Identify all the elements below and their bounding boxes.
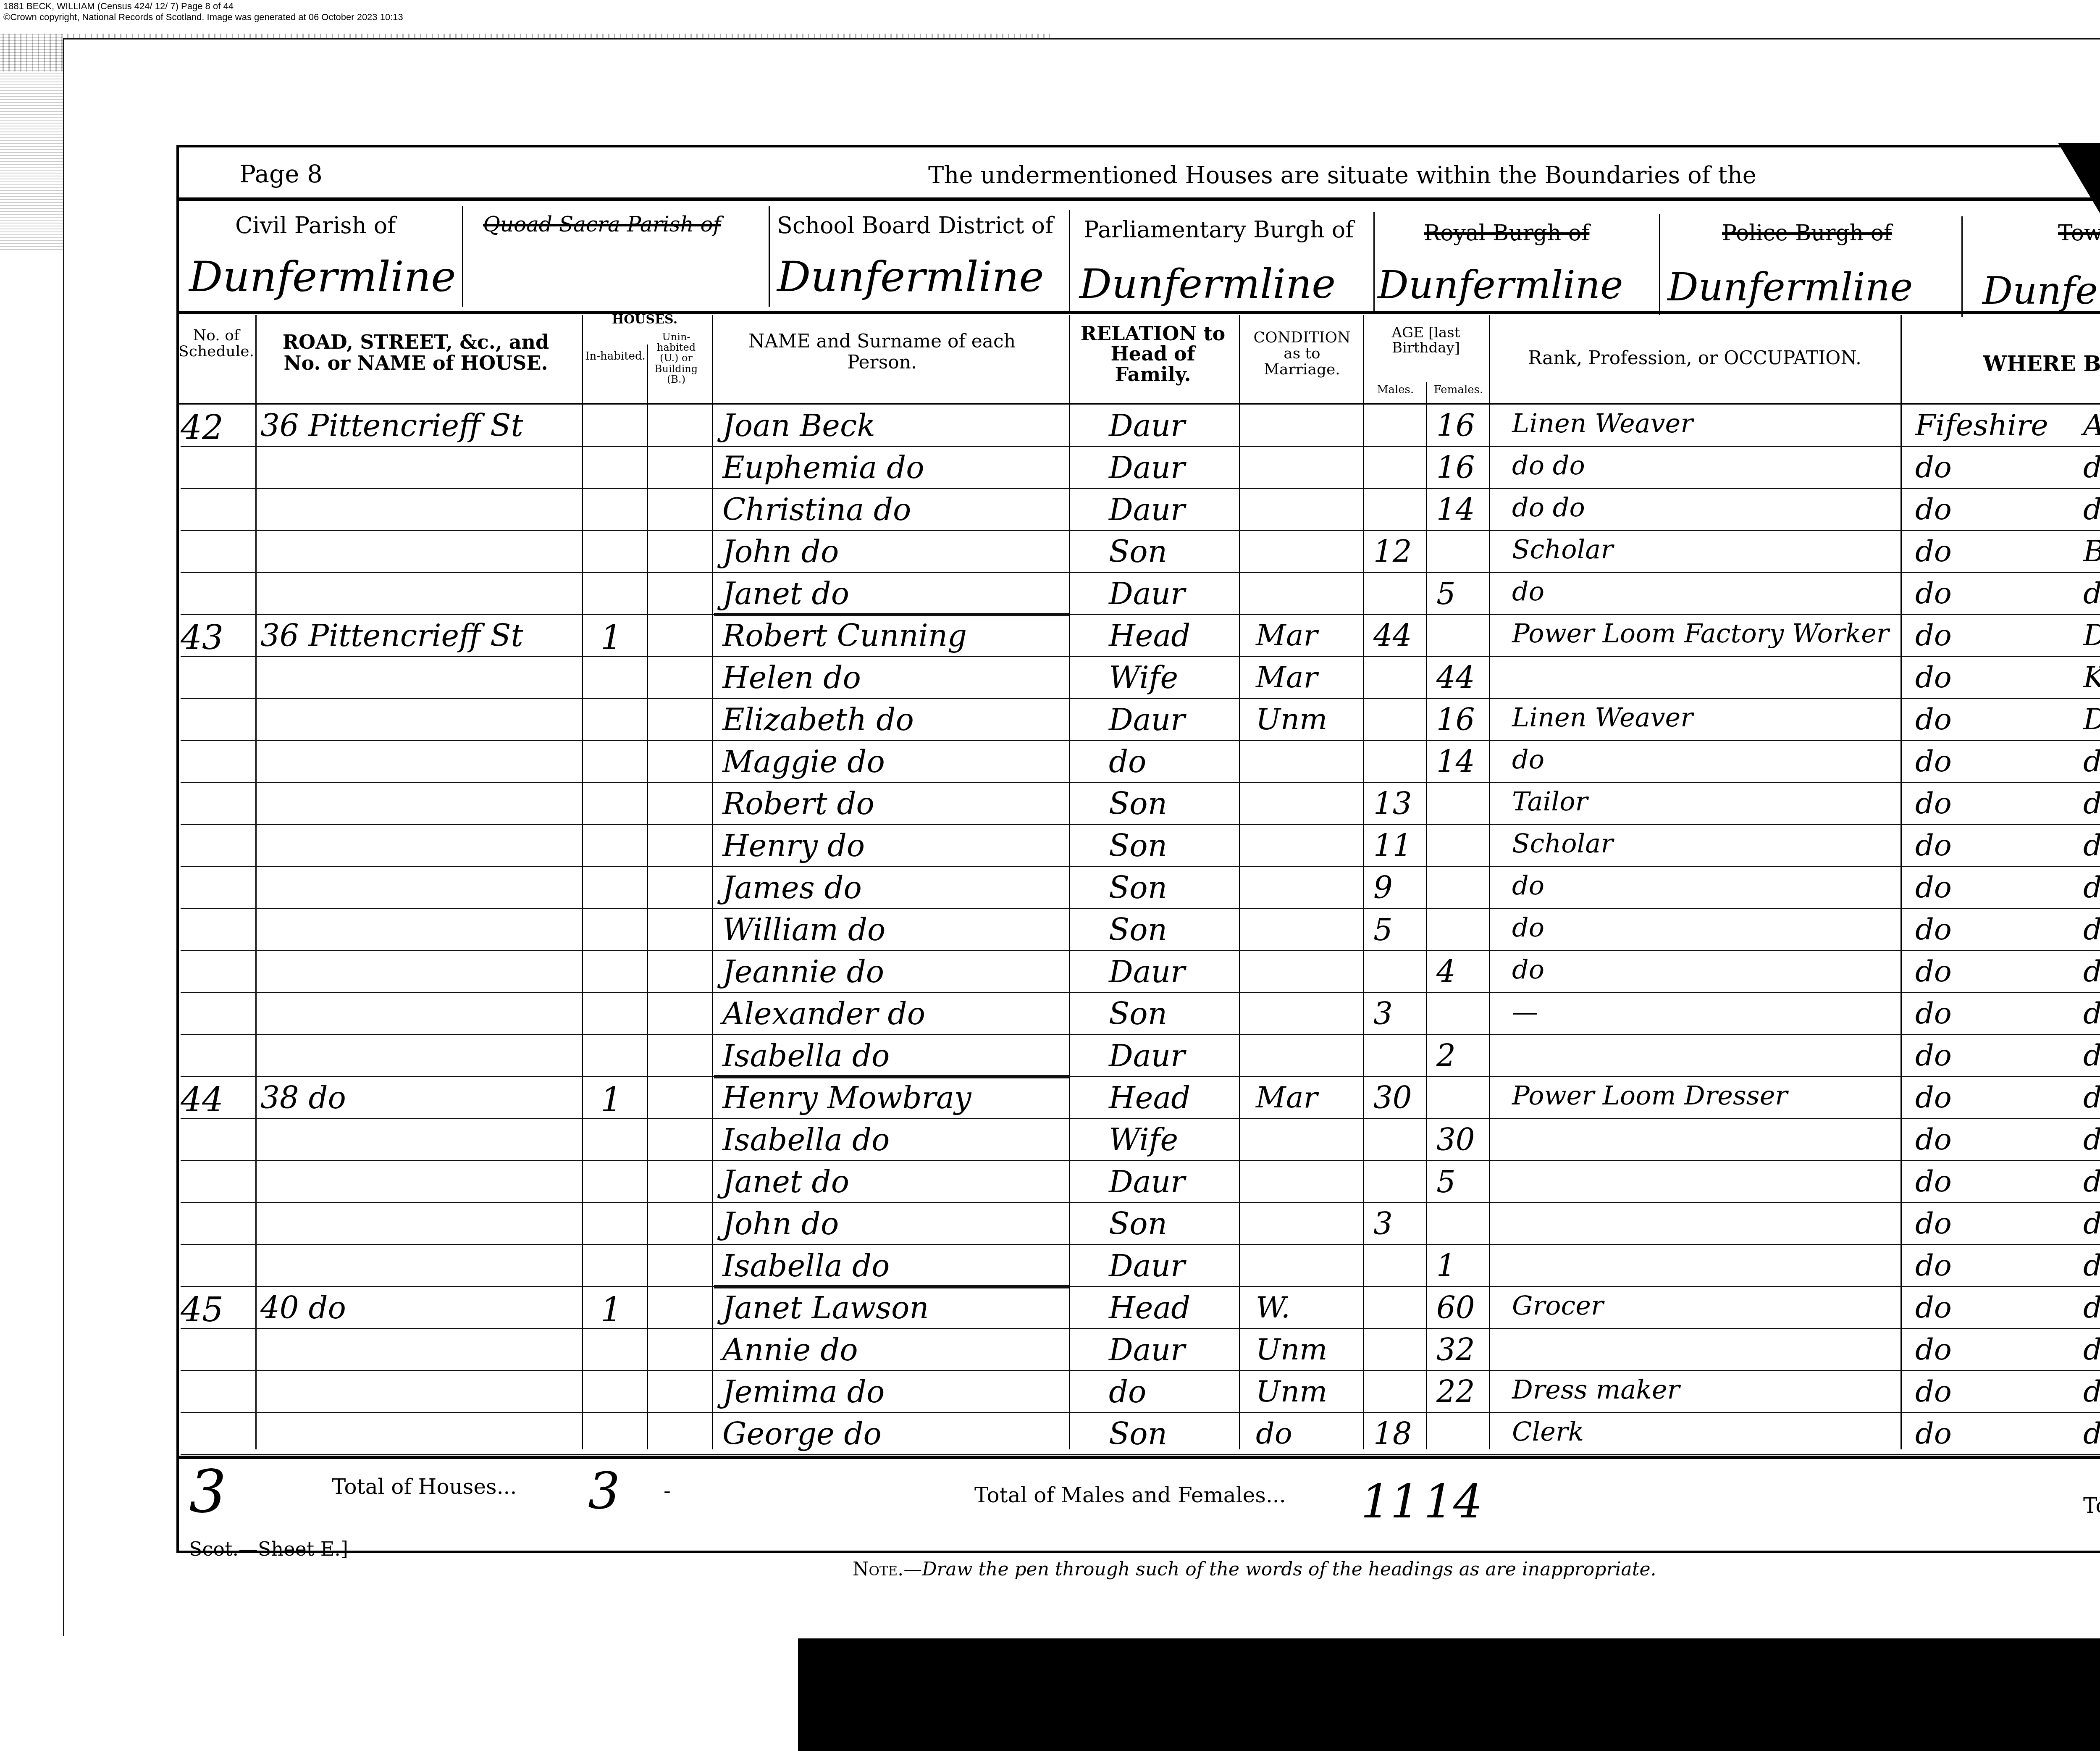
cell-name: Robert Cunning — [722, 618, 967, 653]
row-rule — [181, 1412, 2100, 1413]
cell-schedule: 44 — [181, 1080, 223, 1119]
cell-name: James do — [722, 870, 862, 905]
row-rule — [181, 698, 2100, 699]
cell-female: 16 — [1436, 702, 1475, 737]
cell-born-b: do — [2083, 450, 2100, 484]
row-rule — [181, 488, 2100, 489]
cell-occupation: do do — [1512, 450, 1585, 481]
cell-relation: Daur — [1109, 1038, 1185, 1073]
cell-female: 14 — [1436, 492, 1475, 527]
cell-address: 40 do — [260, 1290, 346, 1325]
boundary-civil-parish-label: Civil Parish of — [235, 212, 396, 239]
cell-relation: Daur — [1109, 954, 1185, 989]
cell-name: Christina do — [722, 492, 911, 527]
cell-name: Elizabeth do — [722, 702, 914, 737]
row-rule — [181, 1286, 2100, 1287]
cell-female: 30 — [1436, 1122, 1475, 1157]
cell-name: Jeannie do — [722, 954, 884, 989]
cell-born-b: do — [2083, 954, 2100, 989]
cell-born-b: do — [2083, 1122, 2100, 1157]
row-rule — [181, 656, 2100, 657]
cell-relation: Daur — [1109, 492, 1185, 527]
cell-born-b: do — [2083, 1332, 2100, 1367]
civil-parish-value: Dunfermline — [189, 252, 456, 301]
row-rule — [181, 824, 2100, 825]
col-males: Males. — [1365, 384, 1426, 396]
col-rule — [712, 315, 713, 1449]
cell-female: 14 — [1436, 744, 1475, 779]
cell-born-a: do — [1915, 954, 1952, 989]
total-rooms-label: Total of Windowed Rooms... — [2083, 1493, 2100, 1518]
cell-born-a: do — [1915, 744, 1952, 778]
cell-female: 32 — [1436, 1332, 1475, 1367]
col-occupation: Rank, Profession, or OCCUPATION. — [1495, 349, 1894, 368]
cell-born-a: do — [1915, 534, 1952, 568]
household-separator — [714, 613, 1069, 616]
cell-inhabited: 1 — [601, 1290, 622, 1329]
cell-born-a: do — [1915, 1374, 1952, 1409]
cell-born-b: do — [2083, 1290, 2100, 1325]
cell-relation: Daur — [1109, 576, 1185, 611]
cell-born-a: do — [1915, 1038, 1952, 1073]
divider — [1373, 212, 1375, 313]
cell-inhabited: 1 — [601, 618, 622, 657]
police-burgh-value: Dunfermline — [1667, 265, 1913, 310]
parliamentary-burgh-value: Dunfermline — [1079, 260, 1336, 308]
cell-born-b: do — [2083, 828, 2100, 862]
cell-female: 4 — [1436, 954, 1456, 989]
row-rule — [181, 782, 2100, 783]
form-title: The undermentioned Houses are situate wi… — [928, 162, 1756, 189]
cell-relation: Daur — [1109, 408, 1185, 443]
school-board-value: Dunfermline — [777, 252, 1044, 301]
cell-born-b: do — [2083, 744, 2100, 778]
town-value: Dunfermline — [1982, 269, 2100, 313]
row-rule — [181, 1160, 2100, 1161]
cell-born-a: do — [1915, 1332, 1952, 1367]
cell-relation: Son — [1109, 828, 1167, 863]
cell-relation: Son — [1109, 870, 1167, 905]
cell-female: 1 — [1436, 1248, 1456, 1283]
cell-female: 16 — [1436, 450, 1475, 485]
cell-occupation: do — [1512, 870, 1544, 901]
cell-born-b: Ballingry — [2083, 534, 2100, 568]
row-rule — [181, 740, 2100, 741]
boundary-parliamentary-burgh-label: Parliamentary Burgh of — [1084, 216, 1354, 243]
row-rule — [181, 1118, 2100, 1119]
cell-relation: do — [1109, 1374, 1146, 1409]
row-rule — [181, 614, 2100, 615]
divider — [176, 1456, 2100, 1459]
total-schedules: 3 — [189, 1458, 226, 1526]
col-rule — [1363, 315, 1364, 1449]
cell-male: 3 — [1373, 996, 1393, 1031]
row-rule — [181, 908, 2100, 909]
royal-burgh-value: Dunfermline — [1378, 263, 1623, 308]
cell-occupation: — — [1512, 996, 1538, 1027]
cell-occupation: do — [1512, 954, 1544, 985]
cell-male: 13 — [1373, 786, 1412, 821]
cell-address: 36 Pittencrieff St — [260, 618, 523, 653]
row-rule — [181, 1454, 2100, 1455]
cell-relation: Head — [1109, 1080, 1190, 1115]
cell-condition: W. — [1256, 1290, 1290, 1325]
cell-condition: Mar — [1256, 660, 1318, 694]
cell-occupation: do — [1512, 912, 1544, 943]
divider — [176, 197, 2100, 201]
cell-male: 9 — [1373, 870, 1393, 905]
cell-male: 5 — [1373, 912, 1393, 947]
boundary-school-board-label: School Board District of — [777, 212, 1053, 239]
cell-born-a: Fifeshire — [1915, 408, 2048, 442]
total-houses-label: Total of Houses... — [332, 1475, 517, 1499]
cell-name: John do — [722, 1206, 839, 1241]
cell-born-a: do — [1915, 1416, 1952, 1451]
scan-noise-left — [0, 34, 63, 252]
cell-occupation: Dress maker — [1512, 1374, 1680, 1405]
cell-address: 36 Pittencrieff St — [260, 408, 523, 443]
col-houses: HOUSES. — [584, 313, 706, 326]
cell-relation: Daur — [1109, 450, 1185, 485]
boundary-royal-burgh-label: Royal Burgh of — [1424, 221, 1589, 246]
boundary-town-label: Town of — [2058, 221, 2100, 246]
cell-address: 38 do — [260, 1080, 346, 1115]
cell-name: Janet Lawson — [722, 1290, 929, 1325]
cell-occupation: do do — [1512, 492, 1585, 523]
cell-name: Joan Beck — [722, 408, 875, 443]
col-rule — [255, 315, 257, 1449]
cell-condition: Mar — [1256, 1080, 1318, 1115]
cell-name: Isabella do — [722, 1248, 890, 1283]
cell-born-b: Dunfermline — [2083, 702, 2100, 736]
col-where-born: WHERE BORN. — [1907, 353, 2100, 375]
cell-inhabited: 1 — [601, 1080, 622, 1119]
cell-name: Alexander do — [722, 996, 925, 1031]
total-males: 11 — [1361, 1475, 1420, 1528]
cell-born-a: do — [1915, 870, 1952, 904]
cell-female: 60 — [1436, 1290, 1475, 1325]
cell-female: 5 — [1436, 576, 1456, 611]
cell-born-a: do — [1915, 1206, 1952, 1241]
col-relation: RELATION to Head of Family. — [1075, 323, 1231, 384]
scan-edge-bottom — [798, 1638, 2100, 1751]
cell-name: Isabella do — [722, 1122, 890, 1157]
cell-relation: Wife — [1109, 660, 1178, 695]
cell-schedule: 43 — [181, 618, 223, 657]
col-name-b: Person. — [714, 353, 1050, 372]
row-rule — [181, 1244, 2100, 1245]
total-females: 14 — [1424, 1475, 1483, 1528]
divider — [1659, 214, 1660, 315]
cell-name: Jemima do — [722, 1374, 885, 1409]
cell-born-a: do — [1915, 786, 1952, 820]
note-text: Draw the pen through such of the words o… — [922, 1559, 1656, 1580]
total-persons-label: Total of Males and Females... — [974, 1483, 1286, 1507]
col-females: Females. — [1428, 384, 1489, 396]
col-schedule: No. of Schedule. — [178, 328, 254, 360]
row-rule — [181, 530, 2100, 531]
divider — [176, 311, 2100, 314]
cell-born-b: Auchterderran — [2083, 408, 2100, 442]
cell-born-a: do — [1915, 1290, 1952, 1325]
cell-occupation: Linen Weaver — [1512, 408, 1693, 439]
cell-born-a: do — [1915, 912, 1952, 946]
cell-name: Janet do — [722, 576, 849, 611]
cell-male: 3 — [1373, 1206, 1393, 1241]
cell-relation: Son — [1109, 786, 1167, 821]
cell-born-b: Dunfermline — [2083, 618, 2100, 652]
cell-relation: do — [1109, 744, 1146, 779]
cell-condition: Unm — [1256, 702, 1327, 736]
col-age: AGE [last Birthday] — [1365, 326, 1487, 355]
row-rule — [181, 1328, 2100, 1329]
cell-name: Robert do — [722, 786, 874, 821]
cell-born-b: do — [2083, 1164, 2100, 1199]
cell-schedule: 45 — [181, 1290, 223, 1329]
cell-born-b: do — [2083, 1248, 2100, 1283]
col-name-a: NAME and Surname of each — [714, 332, 1050, 351]
cell-relation: Daur — [1109, 1164, 1185, 1199]
col-rule — [582, 315, 583, 1449]
cell-born-a: do — [1915, 1164, 1952, 1199]
cell-born-a: do — [1915, 1248, 1952, 1283]
cell-relation: Daur — [1109, 1332, 1185, 1367]
cell-female: 22 — [1436, 1374, 1475, 1409]
cell-occupation: Clerk — [1512, 1416, 1584, 1447]
cell-name: John do — [722, 534, 839, 569]
cell-born-a: do — [1915, 492, 1952, 526]
row-rule — [181, 446, 2100, 447]
cell-male: 12 — [1373, 534, 1412, 569]
cell-born-a: do — [1915, 450, 1952, 484]
cell-relation: Son — [1109, 996, 1167, 1031]
cell-born-a: do — [1915, 1122, 1952, 1157]
cell-born-b: do — [2083, 1416, 2100, 1451]
cell-name: Maggie do — [722, 744, 885, 779]
cell-relation: Head — [1109, 618, 1190, 653]
household-separator — [714, 1075, 1069, 1078]
cell-occupation: do — [1512, 744, 1544, 775]
cell-born-a: do — [1915, 660, 1952, 694]
row-rule — [181, 1202, 2100, 1203]
cell-born-b: Kirkcaldy — [2083, 660, 2100, 694]
cell-born-a: do — [1915, 702, 1952, 736]
note-lead: Note.— — [853, 1559, 922, 1580]
divider — [462, 206, 463, 307]
cell-female: 16 — [1436, 408, 1475, 443]
cell-male: 44 — [1373, 618, 1412, 653]
sheet-id: Scot.—Sheet E.] — [189, 1538, 348, 1560]
cell-female: 44 — [1436, 660, 1475, 695]
cell-name: George do — [722, 1416, 882, 1451]
cell-male: 30 — [1373, 1080, 1412, 1115]
total-houses-uninhabited: - — [664, 1479, 671, 1503]
cell-born-a: do — [1915, 996, 1952, 1031]
divider — [1961, 216, 1963, 317]
col-uninhabited: Unin-habited (U.) or Building (B.) — [647, 332, 706, 385]
cell-occupation: Tailor — [1512, 786, 1588, 817]
divider — [1069, 210, 1070, 311]
cell-female: 5 — [1436, 1164, 1456, 1199]
cell-male: 18 — [1373, 1416, 1412, 1451]
page-number: Page 8 — [239, 160, 323, 188]
row-rule — [181, 950, 2100, 951]
cell-born-b: do — [2083, 786, 2100, 820]
cell-born-b: do — [2083, 912, 2100, 946]
cell-born-b: do — [2083, 576, 2100, 610]
household-separator — [714, 1285, 1069, 1288]
cell-occupation: Scholar — [1512, 534, 1613, 565]
cell-born-a: do — [1915, 618, 1952, 652]
col-inhabited: In-habited. — [584, 351, 647, 362]
cell-relation: Daur — [1109, 702, 1185, 737]
row-rule — [181, 1076, 2100, 1077]
cell-name: Henry do — [722, 828, 865, 863]
boundary-police-burgh-label: Police Burgh of — [1722, 221, 1892, 246]
cell-born-b: do — [2083, 492, 2100, 526]
col-rule — [1426, 382, 1427, 1449]
cell-occupation: do — [1512, 576, 1544, 607]
record-title: 1881 BECK, WILLIAM (Census 424/ 12/ 7) P… — [3, 1, 234, 12]
col-rule — [647, 344, 648, 1449]
footer-note: Note.—Draw the pen through such of the w… — [853, 1559, 1656, 1580]
cell-occupation: Power Loom Factory Worker — [1512, 618, 1889, 649]
cell-occupation: Linen Weaver — [1512, 702, 1693, 733]
cell-relation: Son — [1109, 1416, 1167, 1451]
cell-female: 2 — [1436, 1038, 1456, 1073]
row-rule — [181, 992, 2100, 993]
cell-born-a: do — [1915, 828, 1952, 862]
cell-born-b: do — [2083, 1206, 2100, 1241]
col-rule — [1239, 315, 1240, 1449]
cell-name: Helen do — [722, 660, 861, 695]
col-road-a: ROAD, STREET, &c., and — [256, 332, 575, 352]
cell-relation: Son — [1109, 1206, 1167, 1241]
col-condition: CONDITION as to Marriage. — [1243, 330, 1361, 377]
copyright-line: ©Crown copyright, National Records of Sc… — [3, 12, 403, 23]
cell-relation: Head — [1109, 1290, 1190, 1325]
cell-condition: Unm — [1256, 1374, 1327, 1409]
col-rule — [1900, 315, 1902, 1449]
cell-name: Euphemia do — [722, 450, 924, 485]
cell-born-b: do — [2083, 870, 2100, 904]
row-rule — [181, 572, 2100, 573]
row-rule — [181, 866, 2100, 867]
cell-born-a: do — [1915, 1080, 1952, 1115]
cell-condition: Unm — [1256, 1332, 1327, 1367]
cell-condition: do — [1256, 1416, 1292, 1451]
cell-born-b: do — [2083, 996, 2100, 1031]
row-rule — [181, 1034, 2100, 1035]
cell-name: Annie do — [722, 1332, 858, 1367]
cell-name: Janet do — [722, 1164, 849, 1199]
cell-born-b: do — [2083, 1038, 2100, 1073]
total-houses-inhabited: 3 — [588, 1462, 620, 1520]
cell-name: Henry Mowbray — [722, 1080, 971, 1115]
row-rule — [181, 1370, 2100, 1371]
cell-schedule: 42 — [181, 408, 223, 447]
boundary-quoad-sacra-label: Quoad Sacra Parish of — [483, 212, 721, 237]
divider — [769, 206, 770, 307]
cell-occupation: Grocer — [1512, 1290, 1604, 1321]
cell-male: 11 — [1373, 828, 1412, 863]
col-rule — [1069, 315, 1070, 1449]
divider — [176, 403, 2100, 405]
cell-relation: Son — [1109, 534, 1167, 569]
cell-born-a: do — [1915, 576, 1952, 610]
cell-name: William do — [722, 912, 885, 947]
cell-relation: Daur — [1109, 1248, 1185, 1283]
col-road-b: No. or NAME of HOUSE. — [256, 353, 575, 373]
cell-born-b: do — [2083, 1374, 2100, 1409]
cell-condition: Mar — [1256, 618, 1318, 652]
col-rule — [1489, 315, 1490, 1449]
cell-relation: Son — [1109, 912, 1167, 947]
cell-occupation: Scholar — [1512, 828, 1613, 859]
cell-relation: Wife — [1109, 1122, 1178, 1157]
cell-occupation: Power Loom Dresser — [1512, 1080, 1788, 1111]
cell-born-b: do — [2083, 1080, 2100, 1115]
cell-name: Isabella do — [722, 1038, 890, 1073]
